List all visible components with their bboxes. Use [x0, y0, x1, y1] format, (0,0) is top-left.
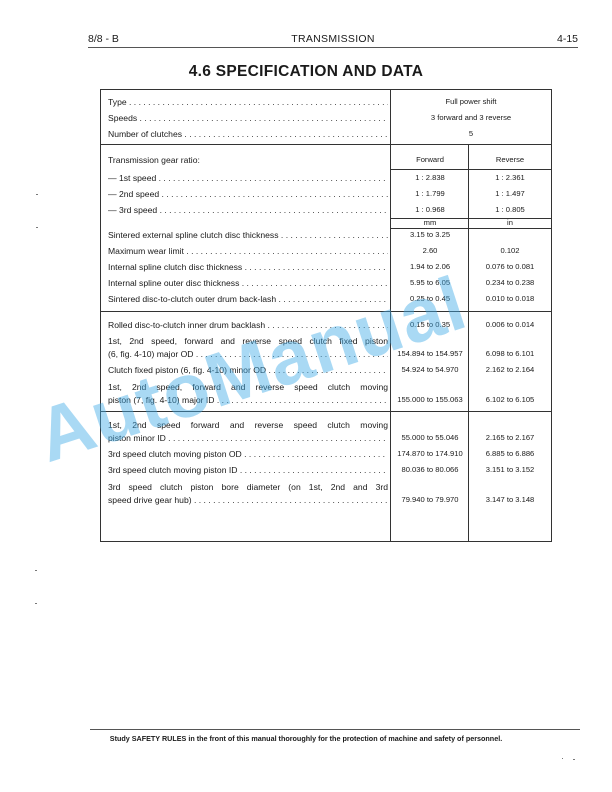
page-title: 4.6 SPECIFICATION AND DATA — [0, 63, 612, 81]
spec-value: 5 — [391, 128, 551, 141]
value-mm: 80.036 to 80.066 — [391, 464, 469, 477]
speed-label: — 2nd speed — [108, 188, 388, 201]
section-divider — [101, 311, 551, 312]
scan-speck — [573, 759, 575, 760]
value-in: 6.885 to 6.886 — [469, 448, 551, 461]
value-in: 0.010 to 0.018 — [469, 293, 551, 306]
forward-ratio: 1 : 0.968 — [391, 204, 469, 217]
value-mm: 155.000 to 155.063 — [391, 394, 469, 407]
spec-label: Internal spline outer disc thickness — [108, 277, 388, 290]
spec-label-line1: 3rd speed clutch piston bore diameter (o… — [108, 481, 388, 494]
page-number: 4-15 — [557, 33, 578, 45]
section-title: TRANSMISSION — [88, 33, 578, 45]
spec-label: Number of clutches — [108, 128, 388, 141]
value-mm: 5.95 to 6.05 — [391, 277, 469, 290]
value-in: 6.098 to 6.101 — [469, 348, 551, 361]
spec-value: Full power shift — [391, 96, 551, 109]
spec-label: piston (7, fig. 4-10) major ID — [108, 394, 388, 407]
spec-label: 3rd speed clutch moving piston ID — [108, 464, 388, 477]
value-in: 6.102 to 6.105 — [469, 394, 551, 407]
value-in: 2.165 to 2.167 — [469, 432, 551, 445]
scan-speck — [36, 227, 38, 228]
value-in: 0.006 to 0.014 — [469, 319, 551, 332]
value-mm: 79.940 to 79.970 — [391, 494, 469, 507]
safety-footer: Study SAFETY RULES in the front of this … — [0, 734, 612, 743]
scan-speck — [36, 194, 38, 195]
forward-ratio: 1 : 2.838 — [391, 172, 469, 185]
spec-label: speed drive gear hub) — [108, 494, 388, 507]
gear-ratio-label: Transmission gear ratio: — [108, 154, 388, 167]
value-mm: 2.60 — [391, 245, 469, 258]
footer-rule — [90, 729, 580, 730]
value-mm: 3.15 to 3.25 — [391, 229, 469, 242]
value-mm: 174.870 to 174.910 — [391, 448, 469, 461]
section-divider — [101, 411, 551, 412]
value-in: 0.234 to 0.238 — [469, 277, 551, 290]
column-header-reverse: Reverse — [469, 154, 551, 167]
speed-label: — 1st speed — [108, 172, 388, 185]
reverse-ratio: 1 : 2.361 — [469, 172, 551, 185]
scan-speck — [35, 570, 37, 571]
value-mm: 54.924 to 54.970 — [391, 364, 469, 377]
spec-label: Sintered external spline clutch disc thi… — [108, 229, 388, 242]
spec-label: Internal spline clutch disc thickness — [108, 261, 388, 274]
forward-ratio: 1 : 1.799 — [391, 188, 469, 201]
spec-label: Type — [108, 96, 388, 109]
value-mm: 0.15 to 0.35 — [391, 319, 469, 332]
spec-label: Clutch fixed piston (6, fig. 4-10) minor… — [108, 364, 388, 377]
section-divider — [101, 144, 551, 145]
value-mm: 154.894 to 154.957 — [391, 348, 469, 361]
value-mm: 1.94 to 2.06 — [391, 261, 469, 274]
spec-table: Type Full power shift Speeds 3 forward a… — [100, 89, 552, 542]
spec-label: Sintered disc-to-clutch outer drum back-… — [108, 293, 388, 306]
speed-label: — 3rd speed — [108, 204, 388, 217]
value-in: 3.151 to 3.152 — [469, 464, 551, 477]
scan-speck — [35, 603, 37, 604]
spec-label: Rolled disc-to-clutch inner drum backlas… — [108, 319, 388, 332]
value-in: 3.147 to 3.148 — [469, 494, 551, 507]
spec-label-line1: 1st, 2nd speed forward and reverse speed… — [108, 419, 388, 432]
value-in: 0.102 — [469, 245, 551, 258]
column-header-forward: Forward — [391, 154, 469, 167]
reverse-ratio: 1 : 1.497 — [469, 188, 551, 201]
spec-label-line1: 1st, 2nd speed, forward and reverse spee… — [108, 381, 388, 394]
page-header: 8/8 - B TRANSMISSION 4-15 — [88, 33, 578, 48]
value-in: 0.076 to 0.081 — [469, 261, 551, 274]
header-divider — [390, 169, 551, 170]
value-mm: 55.000 to 55.046 — [391, 432, 469, 445]
spec-label: Speeds — [108, 112, 388, 125]
value-in: 2.162 to 2.164 — [469, 364, 551, 377]
unit-in: in — [469, 218, 551, 228]
scan-speck — [562, 758, 563, 759]
spec-label: (6, fig. 4-10) major OD — [108, 348, 388, 361]
value-mm: 0.25 to 0.45 — [391, 293, 469, 306]
spec-label: 3rd speed clutch moving piston OD — [108, 448, 388, 461]
spec-label-line1: 1st, 2nd speed, forward and reverse spee… — [108, 335, 388, 348]
reverse-ratio: 1 : 0.805 — [469, 204, 551, 217]
spec-value: 3 forward and 3 reverse — [391, 112, 551, 125]
spec-label: Maximum wear limit — [108, 245, 388, 258]
spec-label: piston minor ID — [108, 432, 388, 445]
unit-mm: mm — [391, 218, 469, 228]
